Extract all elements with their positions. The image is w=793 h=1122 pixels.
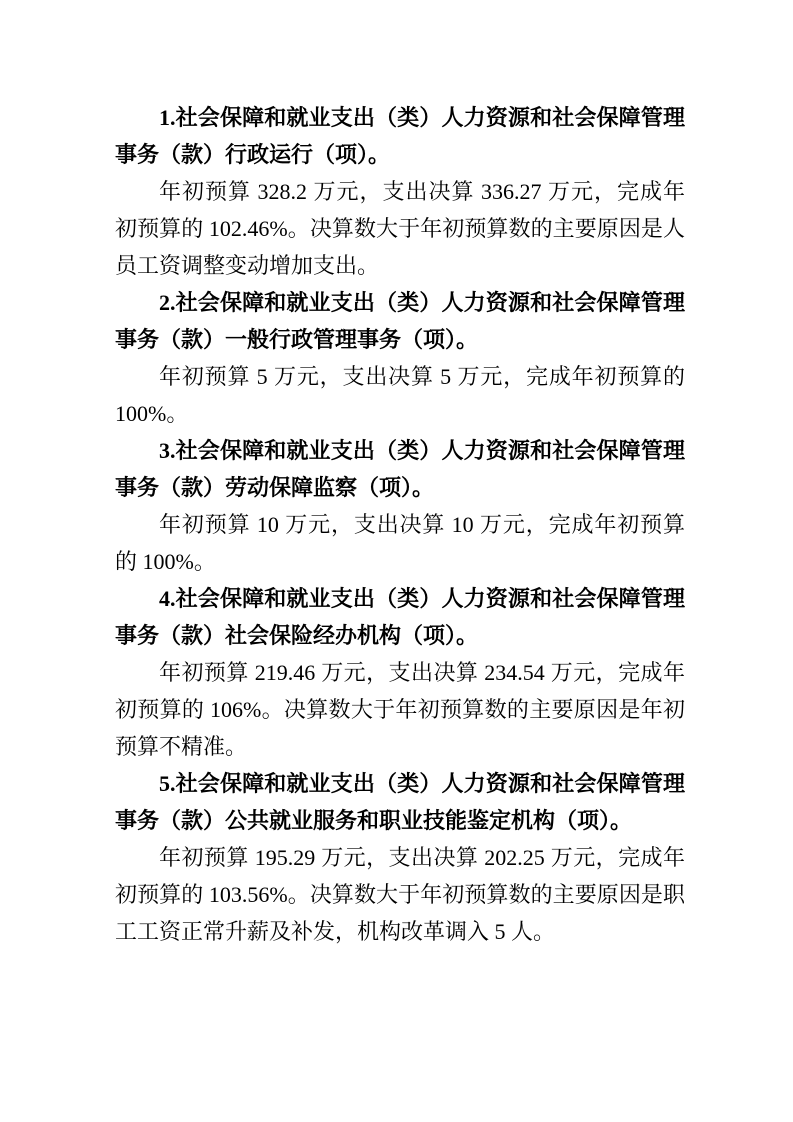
- section-body: 年初预算 10 万元，支出决算 10 万元，完成年初预算的 100%。: [115, 506, 685, 580]
- section-heading: 5.社会保障和就业支出（类）人力资源和社会保障管理事务（款）公共就业服务和职业技…: [115, 765, 685, 839]
- section-heading: 2.社会保障和就业支出（类）人力资源和社会保障管理事务（款）一般行政管理事务（项…: [115, 284, 685, 358]
- document-content: 1.社会保障和就业支出（类）人力资源和社会保障管理事务（款）行政运行（项）。年初…: [115, 99, 685, 950]
- document-page: 1.社会保障和就业支出（类）人力资源和社会保障管理事务（款）行政运行（项）。年初…: [0, 0, 793, 1122]
- section-body: 年初预算 219.46 万元，支出决算 234.54 万元，完成年初预算的 10…: [115, 654, 685, 765]
- section-heading: 4.社会保障和就业支出（类）人力资源和社会保障管理事务（款）社会保险经办机构（项…: [115, 580, 685, 654]
- section-body: 年初预算 5 万元，支出决算 5 万元，完成年初预算的 100%。: [115, 358, 685, 432]
- section-heading: 1.社会保障和就业支出（类）人力资源和社会保障管理事务（款）行政运行（项）。: [115, 99, 685, 173]
- section-body: 年初预算 328.2 万元，支出决算 336.27 万元，完成年初预算的 102…: [115, 173, 685, 284]
- section-heading: 3.社会保障和就业支出（类）人力资源和社会保障管理事务（款）劳动保障监察（项）。: [115, 432, 685, 506]
- section-body: 年初预算 195.29 万元，支出决算 202.25 万元，完成年初预算的 10…: [115, 839, 685, 950]
